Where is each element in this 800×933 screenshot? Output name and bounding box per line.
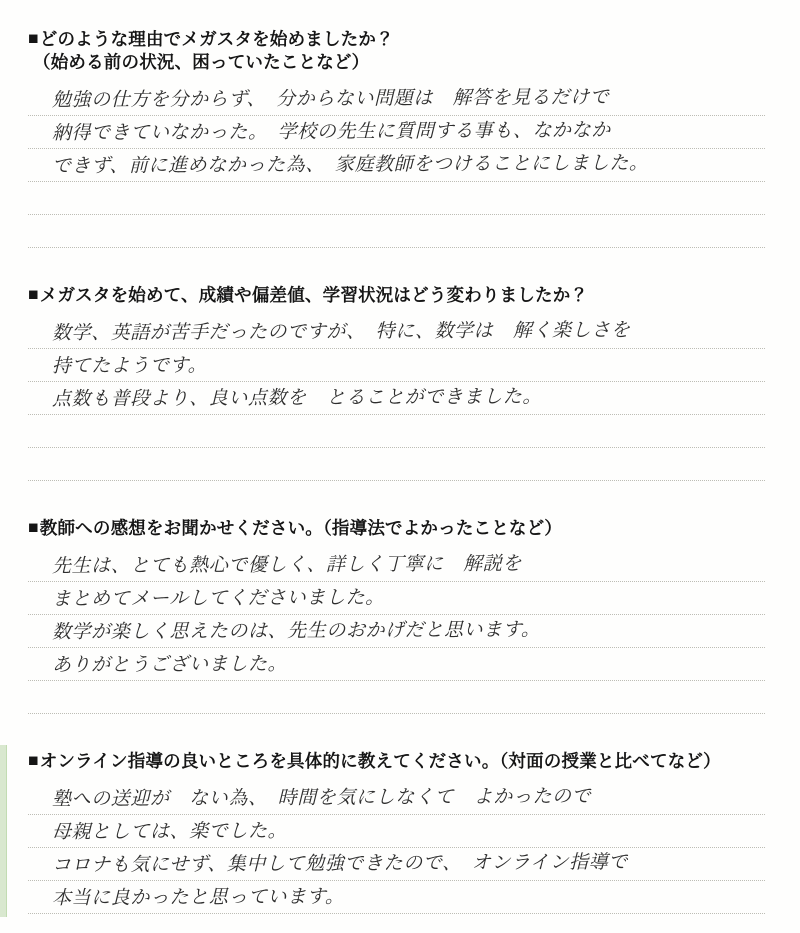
handwritten-answer-line: 点数も普段より、良い点数を とることができました。 <box>52 382 542 414</box>
handwritten-answer-line: できず、前に進めなかった為、 家庭教師をつけることにしました。 <box>52 149 649 181</box>
question-text: 教師への感想をお聞かせください。（指導法でよかったことなど） <box>40 518 562 538</box>
answer-area: 勉強の仕方を分からず、 分からない問題は 解答を見るだけで 納得できていなかった… <box>28 83 765 248</box>
answer-rule-line: まとめてメールしてくださいました。 <box>28 582 765 615</box>
answer-rule-line: 持てたようです。 <box>28 349 765 382</box>
section-results-change: ■メガスタを始めて、成績や偏差値、学習状況はどう変わりましたか？ 数学、英語が苦… <box>28 284 765 481</box>
section-bullet-icon: ■ <box>28 749 39 772</box>
handwritten-answer-line: 先生は、とても熱心で優しく、詳しく丁寧に 解説を <box>52 550 522 581</box>
answer-rule-line: 母親としては、楽でした。 <box>28 815 765 848</box>
question-note: （始める前の状況、困っていたことなど） <box>28 51 765 74</box>
answer-rule-line: 数学が楽しく思えたのは、先生のおかげだと思います。 <box>28 615 765 648</box>
section-bullet-icon: ■ <box>28 27 39 50</box>
question-text: メガスタを始めて、成績や偏差値、学習状況はどう変わりましたか？ <box>40 285 588 305</box>
handwritten-answer-line: 数学が楽しく思えたのは、先生のおかげだと思います。 <box>52 615 541 647</box>
section-reason-for-starting: ■どのような理由でメガスタを始めましたか？ （始める前の状況、困っていたことなど… <box>28 28 765 248</box>
handwritten-answer-line: コロナも気にせず、集中して勉強できたので、 オンライン指導で <box>52 848 628 880</box>
handwritten-answer-line: 塾への送迎が ない為、 時間を気にしなくて よかったので <box>52 782 591 814</box>
question-heading: ■教師への感想をお聞かせください。（指導法でよかったことなど） <box>28 517 765 540</box>
answer-rule-line: 塾への送迎が ない為、 時間を気にしなくて よかったので <box>28 782 765 815</box>
handwritten-answer-line: 本当に良かったと思っています。 <box>52 882 345 913</box>
answer-area: 先生は、とても熱心で優しく、詳しく丁寧に 解説を まとめてメールしてくださいまし… <box>28 549 765 714</box>
handwritten-answer-line: 勉強の仕方を分からず、 分からない問題は 解答を見るだけで <box>52 83 610 115</box>
answer-rule-line <box>28 681 765 714</box>
handwritten-answer-line: ありがとうございました。 <box>52 650 287 680</box>
handwritten-answer-line: 持てたようです。 <box>52 351 207 381</box>
answer-rule-line <box>28 415 765 448</box>
question-heading: ■メガスタを始めて、成績や偏差値、学習状況はどう変わりましたか？ <box>28 284 765 307</box>
question-heading: ■オンライン指導の良いところを具体的に教えてください。（対面の授業と比べてなど） <box>28 750 765 773</box>
handwritten-answer-line: 数学、英語が苦手だったのですが、 特に、数学は 解く楽しさを <box>52 316 631 348</box>
answer-rule-line <box>28 215 765 248</box>
answer-rule-line <box>28 448 765 481</box>
handwritten-answer-line: 母親としては、楽でした。 <box>52 817 287 847</box>
scanned-questionnaire-page: ■どのような理由でメガスタを始めましたか？ （始める前の状況、困っていたことなど… <box>0 0 800 933</box>
question-text: どのような理由でメガスタを始めましたか？ <box>40 29 394 49</box>
answer-rule-line: ありがとうございました。 <box>28 648 765 681</box>
handwritten-answer-line: 納得できていなかった。 学校の先生に質問する事も、なかなか <box>52 116 611 148</box>
answer-rule-line <box>28 182 765 215</box>
section-teacher-impressions: ■教師への感想をお聞かせください。（指導法でよかったことなど） 先生は、とても熱… <box>28 517 765 714</box>
section-bullet-icon: ■ <box>28 516 39 539</box>
answer-rule-line: 本当に良かったと思っています。 <box>28 881 765 914</box>
answer-rule-line: できず、前に進めなかった為、 家庭教師をつけることにしました。 <box>28 149 765 182</box>
scan-edge-artifact <box>0 745 7 917</box>
section-online-advantages: ■オンライン指導の良いところを具体的に教えてください。（対面の授業と比べてなど）… <box>28 750 765 914</box>
answer-rule-line: コロナも気にせず、集中して勉強できたので、 オンライン指導で <box>28 848 765 881</box>
answer-rule-line: 数学、英語が苦手だったのですが、 特に、数学は 解く楽しさを <box>28 316 765 349</box>
answer-rule-line: 先生は、とても熱心で優しく、詳しく丁寧に 解説を <box>28 549 765 582</box>
section-bullet-icon: ■ <box>28 283 39 306</box>
answer-rule-line: 点数も普段より、良い点数を とることができました。 <box>28 382 765 415</box>
question-text: オンライン指導の良いところを具体的に教えてください。（対面の授業と比べてなど） <box>40 751 721 771</box>
handwritten-answer-line: まとめてメールしてくださいました。 <box>52 583 385 614</box>
answer-rule-line: 勉強の仕方を分からず、 分からない問題は 解答を見るだけで <box>28 83 765 116</box>
answer-rule-line: 納得できていなかった。 学校の先生に質問する事も、なかなか <box>28 116 765 149</box>
answer-area: 塾への送迎が ない為、 時間を気にしなくて よかったので 母親としては、楽でした… <box>28 782 765 914</box>
question-heading: ■どのような理由でメガスタを始めましたか？ <box>28 28 765 51</box>
answer-area: 数学、英語が苦手だったのですが、 特に、数学は 解く楽しさを 持てたようです。 … <box>28 316 765 481</box>
